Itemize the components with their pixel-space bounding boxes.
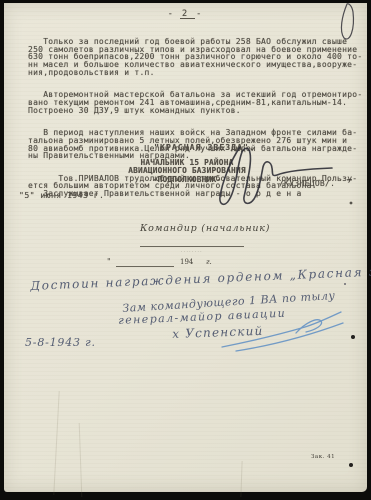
form-signature-rule	[140, 246, 244, 247]
paper-sheet: - 2 - Только за последний год боевой раб…	[4, 3, 367, 492]
signatory-title: НАЧАЛЬНИК 15 РАЙОНА АВИАЦИОННОГО БАЗИРОВ…	[122, 159, 252, 184]
handwritten-resolution: Достоин награждения орденом „Красная зве…	[30, 262, 371, 293]
form-rank-placeholder: ........	[140, 248, 244, 253]
page-number-underline	[180, 18, 195, 19]
print-order-mark: Зак. 41	[311, 454, 335, 460]
form-date-blank-line	[116, 266, 174, 267]
signatory-name: /КУЗНЕЦОВ/.	[279, 179, 335, 188]
typed-date: "5" июня 1943 г.	[19, 190, 104, 200]
form-year-prefix: 194	[180, 258, 193, 266]
scanned-document: - 2 - Только за последний год боевой раб…	[0, 0, 371, 500]
handwritten-endorser-name: х Успенский	[172, 324, 264, 341]
handwritten-date: 5-8-1943 г.	[25, 336, 96, 349]
typed-paragraph: Только за последний год боевой работы 25…	[28, 38, 368, 76]
typed-paragraph: Авторемонтной мастерской батальона за ис…	[28, 91, 368, 114]
form-date-open-quote: "	[107, 257, 111, 266]
paper-crease	[79, 423, 83, 497]
form-commander-label: Командир (начальник)	[140, 223, 270, 234]
paper-crease	[53, 391, 59, 495]
form-year-suffix: г.	[206, 258, 212, 266]
paper-crease	[240, 461, 242, 497]
award-name-line: "КРАСНАЯ ЗВЕЗДА".	[4, 142, 367, 152]
